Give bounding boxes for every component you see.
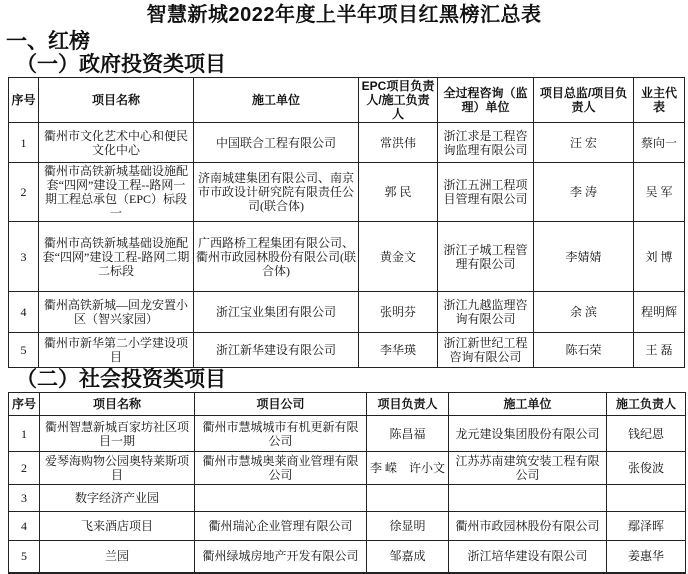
cell-seq: 5	[9, 541, 40, 573]
document-title: 智慧新城2022年度上半年项目红黑榜汇总表	[0, 0, 688, 28]
column-header-construction-lead: 施工负责人	[607, 393, 686, 416]
cell-project-lead: 邹嘉成	[367, 541, 449, 573]
cell-contractor	[449, 485, 607, 512]
cell-epc-lead: 郭 民	[359, 163, 438, 222]
cell-seq: 3	[9, 222, 39, 292]
column-header-contractor: 施工单位	[449, 393, 607, 416]
cell-contractor: 浙江宝业集团有限公司	[194, 292, 359, 333]
cell-contractor: 衢州市政园林股份有限公司	[449, 512, 607, 541]
cell-consultant: 浙江九越监理咨询有限公司	[438, 292, 534, 333]
cell-supervisor: 李 涛	[534, 163, 634, 222]
cell-project-company: 衢州市慧城城市有机更新有限公司	[195, 416, 367, 452]
cell-project-name: 飞来酒店项目	[40, 512, 195, 541]
cell-seq: 1	[9, 123, 39, 163]
cell-construction-lead	[607, 485, 686, 512]
cell-supervisor: 余 滨	[534, 292, 634, 333]
column-header-project-name: 项目名称	[40, 393, 195, 416]
red-list-heading: 一、红榜	[6, 30, 688, 53]
column-header-project-lead: 项目负责人	[367, 393, 449, 416]
cell-project-company: 衢州市慧城奥莱商业管理有限公司	[195, 452, 367, 485]
cell-consultant: 浙江子城工程管理有限公司	[438, 222, 534, 292]
cell-epc-lead: 黄金文	[359, 222, 438, 292]
cell-project-company: 衢州绿城房地产开发有限公司	[195, 541, 367, 573]
column-header-epc-lead: EPC项目负责人/施工负责人	[359, 78, 438, 123]
cell-supervisor: 汪 宏	[534, 123, 634, 163]
cell-project-name: 衢州市文化艺术中心和便民文化中心	[39, 123, 194, 163]
cell-project-lead	[367, 485, 449, 512]
table-row: 2 爱琴海购物公园奥特莱斯项目 衢州市慧城奥莱商业管理有限公司 李 嵘 许小文 …	[9, 452, 686, 485]
cell-project-lead: 陈昌福	[367, 416, 449, 452]
cell-epc-lead: 常洪伟	[359, 123, 438, 163]
table-row: 1 衢州智慧新城百家坊社区项目一期 衢州市慧城城市有机更新有限公司 陈昌福 龙元…	[9, 416, 686, 452]
cell-seq: 4	[9, 512, 40, 541]
cell-seq: 3	[9, 485, 40, 512]
table-header-row: 序号 项目名称 施工单位 EPC项目负责人/施工负责人 全过程咨询（监理）单位 …	[9, 78, 685, 123]
cell-project-name: 衢州市新华第二小学建设项目	[39, 333, 194, 368]
cell-contractor: 江苏苏南建筑安装工程有限公司	[449, 452, 607, 485]
table-row: 1 衢州市文化艺术中心和便民文化中心 中国联合工程有限公司 常洪伟 浙江求是工程…	[9, 123, 685, 163]
cell-project-company	[195, 485, 367, 512]
table-row: 3 数字经济产业园	[9, 485, 686, 512]
cell-project-lead: 徐显明	[367, 512, 449, 541]
cell-project-name: 衢州市高铁新城基础设施配套“四网”建设工程--路网一期工程总承包（EPC）标段一	[39, 163, 194, 222]
cell-project-name: 兰园	[40, 541, 195, 573]
table-row: 3 衢州市高铁新城基础设施配套“四网”建设工程-路网二期二标段 广西路桥工程集团…	[9, 222, 685, 292]
cell-owner-rep: 王 磊	[634, 333, 685, 368]
cell-owner-rep: 蔡向一	[634, 123, 685, 163]
cell-construction-lead: 姜惠华	[607, 541, 686, 573]
table-header-row: 序号 项目名称 项目公司 项目负责人 施工单位 施工负责人	[9, 393, 686, 416]
cell-project-name: 衢州市高铁新城基础设施配套“四网”建设工程-路网二期二标段	[39, 222, 194, 292]
cell-owner-rep: 吴 军	[634, 163, 685, 222]
cell-epc-lead: 张明芬	[359, 292, 438, 333]
cell-supervisor: 李婧婧	[534, 222, 634, 292]
cell-project-name: 数字经济产业园	[40, 485, 195, 512]
cell-project-company: 衢州瑞沁企业管理有限公司	[195, 512, 367, 541]
cell-seq: 5	[9, 333, 39, 368]
cell-seq: 4	[9, 292, 39, 333]
table-row: 5 兰园 衢州绿城房地产开发有限公司 邹嘉成 浙江培华建设有限公司 姜惠华	[9, 541, 686, 573]
cell-consultant: 浙江新世纪工程咨询有限公司	[438, 333, 534, 368]
cell-seq: 2	[9, 452, 40, 485]
cell-contractor: 济南城建集团有限公司、南京市市政设计研究院有限责任公司(联合体)	[194, 163, 359, 222]
gov-projects-table: 序号 项目名称 施工单位 EPC项目负责人/施工负责人 全过程咨询（监理）单位 …	[8, 77, 685, 368]
cell-project-name: 爱琴海购物公园奥特莱斯项目	[40, 452, 195, 485]
cell-project-name: 衢州智慧新城百家坊社区项目一期	[40, 416, 195, 452]
cell-seq: 1	[9, 416, 40, 452]
cell-project-name: 衢州高铁新城—回龙安置小区（智兴家园）	[39, 292, 194, 333]
table-row: 4 衢州高铁新城—回龙安置小区（智兴家园） 浙江宝业集团有限公司 张明芬 浙江九…	[9, 292, 685, 333]
column-header-seq: 序号	[9, 78, 39, 123]
cell-epc-lead: 李华瑛	[359, 333, 438, 368]
document-page: 智慧新城2022年度上半年项目红黑榜汇总表 一、红榜 （一）政府投资类项目 序号…	[0, 0, 688, 574]
cell-contractor: 浙江培华建设有限公司	[449, 541, 607, 573]
column-header-seq: 序号	[9, 393, 40, 416]
cell-contractor: 浙江新华建设有限公司	[194, 333, 359, 368]
table-row: 4 飞来酒店项目 衢州瑞沁企业管理有限公司 徐显明 衢州市政园林股份有限公司 鄢…	[9, 512, 686, 541]
cell-consultant: 浙江求是工程咨询监理有限公司	[438, 123, 534, 163]
column-header-owner-rep: 业主代表	[634, 78, 685, 123]
social-projects-heading: （二）社会投资类项目	[16, 368, 688, 391]
cell-seq: 2	[9, 163, 39, 222]
gov-projects-heading: （一）政府投资类项目	[16, 53, 688, 76]
cell-owner-rep: 程明辉	[634, 292, 685, 333]
column-header-project-company: 项目公司	[195, 393, 367, 416]
column-header-consultant: 全过程咨询（监理）单位	[438, 78, 534, 123]
cell-contractor: 中国联合工程有限公司	[194, 123, 359, 163]
cell-project-lead: 李 嵘 许小文	[367, 452, 449, 485]
cell-contractor: 广西路桥工程集团有限公司、衢州市政园林股份有限公司(联合体)	[194, 222, 359, 292]
cell-consultant: 浙江五洲工程项目管理有限公司	[438, 163, 534, 222]
cell-contractor: 龙元建设集团股份有限公司	[449, 416, 607, 452]
table-row: 5 衢州市新华第二小学建设项目 浙江新华建设有限公司 李华瑛 浙江新世纪工程咨询…	[9, 333, 685, 368]
cell-construction-lead: 张俊波	[607, 452, 686, 485]
table-row: 2 衢州市高铁新城基础设施配套“四网”建设工程--路网一期工程总承包（EPC）标…	[9, 163, 685, 222]
column-header-supervisor: 项目总监/项目负责人	[534, 78, 634, 123]
cell-construction-lead: 鄢泽晖	[607, 512, 686, 541]
column-header-contractor: 施工单位	[194, 78, 359, 123]
cell-construction-lead: 钱纪恩	[607, 416, 686, 452]
social-projects-table: 序号 项目名称 项目公司 项目负责人 施工单位 施工负责人 1 衢州智慧新城百家…	[8, 392, 686, 574]
cell-owner-rep: 刘 博	[634, 222, 685, 292]
cell-supervisor: 陈石荣	[534, 333, 634, 368]
column-header-project-name: 项目名称	[39, 78, 194, 123]
